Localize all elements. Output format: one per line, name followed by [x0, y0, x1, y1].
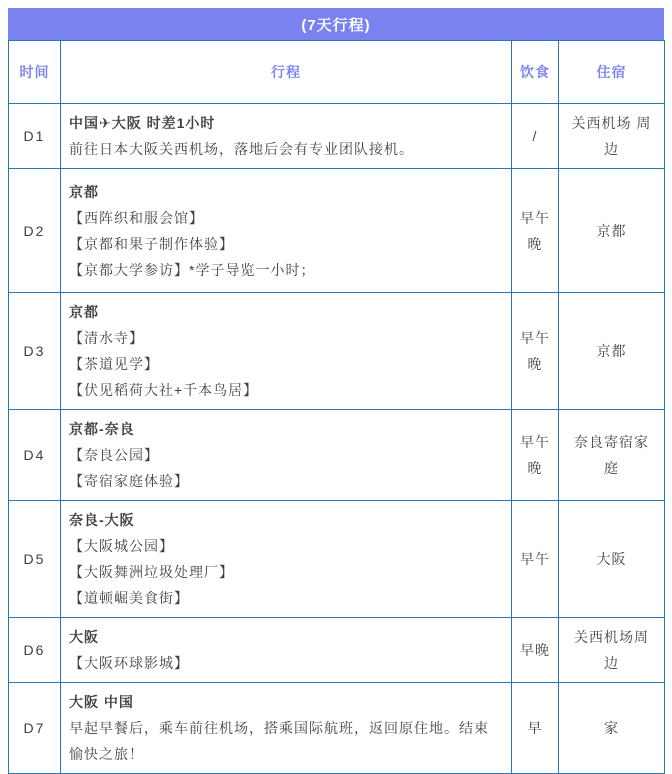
meals-value: 早午晚 [512, 410, 559, 501]
itinerary-row-d7: D7 大阪 中国 早起早餐后，乘车前往机场，搭乘国际航班，返回原住地。结束愉快之… [9, 683, 665, 774]
table-title: (7天行程) [301, 14, 370, 35]
itinerary-row-d3: D3 京都 【清水寺】 【茶道见学】 【伏见稻荷大社+千本鸟居】 早午晚 京都 [9, 293, 665, 410]
day-label: D6 [9, 618, 61, 683]
itinerary-row-d2: D2 京都 【西阵织和服会馆】 【京都和果子制作体验】 【京都大学参访】*学子导… [9, 169, 665, 293]
table-header: 时间 行程 饮食 住宿 [9, 41, 665, 104]
page: (7天行程) 时间 行程 饮食 住宿 D1 中国✈大阪 时差1小时 前往日本大阪… [0, 0, 672, 730]
meals-value: 早晚 [512, 618, 559, 683]
lodging-value: 奈良寄宿家庭 [559, 410, 665, 501]
itinerary-cell: 京都 【西阵织和服会馆】 【京都和果子制作体验】 【京都大学参访】*学子导览一小… [61, 169, 512, 293]
itinerary-title: 京都-奈良 [69, 416, 503, 442]
itinerary-title: 中国✈大阪 时差1小时 [69, 110, 503, 136]
day-label: D2 [9, 169, 61, 293]
itinerary-row-d6: D6 大阪 【大阪环球影城】 早晚 关西机场周边 [9, 618, 665, 683]
itinerary-details: 【大阪城公园】 【大阪舞洲垃圾处理厂】 【道顿崛美食街】 [69, 533, 503, 611]
day-label: D7 [9, 683, 61, 774]
meals-value: 早午晚 [512, 169, 559, 293]
itinerary-details: 前往日本大阪关西机场，落地后会有专业团队接机。 [69, 136, 503, 162]
itinerary-title: 大阪 [69, 624, 503, 650]
lodging-value: 关西机场周边 [559, 618, 665, 683]
day-label: D5 [9, 501, 61, 618]
header-row: 时间 行程 饮食 住宿 [9, 41, 665, 104]
itinerary-title: 京都 [69, 299, 503, 325]
itinerary-cell: 大阪 中国 早起早餐后，乘车前往机场，搭乘国际航班，返回原住地。结束愉快之旅！ [61, 683, 512, 774]
day-label: D1 [9, 104, 61, 169]
itinerary-table: 时间 行程 饮食 住宿 D1 中国✈大阪 时差1小时 前往日本大阪关西机场，落地… [8, 40, 665, 774]
itinerary-details: 【大阪环球影城】 [69, 650, 503, 676]
lodging-value: 大阪 [559, 501, 665, 618]
meals-value: 早午 [512, 501, 559, 618]
column-header-itinerary: 行程 [61, 41, 512, 104]
meals-value: 早 [512, 683, 559, 774]
itinerary-cell: 奈良-大阪 【大阪城公园】 【大阪舞洲垃圾处理厂】 【道顿崛美食街】 [61, 501, 512, 618]
itinerary-row-d4: D4 京都-奈良 【奈良公园】 【寄宿家庭体验】 早午晚 奈良寄宿家庭 [9, 410, 665, 501]
itinerary-title: 大阪 中国 [69, 689, 503, 715]
lodging-value: 京都 [559, 293, 665, 410]
itinerary-title: 京都 [69, 179, 503, 205]
itinerary-details: 【奈良公园】 【寄宿家庭体验】 [69, 442, 503, 494]
itinerary-cell: 中国✈大阪 时差1小时 前往日本大阪关西机场，落地后会有专业团队接机。 [61, 104, 512, 169]
day-label: D3 [9, 293, 61, 410]
column-header-meals: 饮食 [512, 41, 559, 104]
lodging-value: 家 [559, 683, 665, 774]
column-header-time: 时间 [9, 41, 61, 104]
column-header-lodging: 住宿 [559, 41, 665, 104]
itinerary-title: 奈良-大阪 [69, 507, 503, 533]
itinerary-cell: 京都 【清水寺】 【茶道见学】 【伏见稻荷大社+千本鸟居】 [61, 293, 512, 410]
itinerary-details: 【西阵织和服会馆】 【京都和果子制作体验】 【京都大学参访】*学子导览一小时； [69, 205, 503, 283]
meals-value: / [512, 104, 559, 169]
itinerary-row-d5: D5 奈良-大阪 【大阪城公园】 【大阪舞洲垃圾处理厂】 【道顿崛美食街】 早午… [9, 501, 665, 618]
itinerary-details: 【清水寺】 【茶道见学】 【伏见稻荷大社+千本鸟居】 [69, 325, 503, 403]
itinerary-cell: 大阪 【大阪环球影城】 [61, 618, 512, 683]
day-label: D4 [9, 410, 61, 501]
itinerary-cell: 京都-奈良 【奈良公园】 【寄宿家庭体验】 [61, 410, 512, 501]
itinerary-row-d1: D1 中国✈大阪 时差1小时 前往日本大阪关西机场，落地后会有专业团队接机。 /… [9, 104, 665, 169]
table-title-bar: (7天行程) [8, 8, 664, 40]
lodging-value: 京都 [559, 169, 665, 293]
meals-value: 早午晚 [512, 293, 559, 410]
itinerary-details: 早起早餐后，乘车前往机场，搭乘国际航班，返回原住地。结束愉快之旅！ [69, 715, 503, 767]
lodging-value: 关西机场 周边 [559, 104, 665, 169]
